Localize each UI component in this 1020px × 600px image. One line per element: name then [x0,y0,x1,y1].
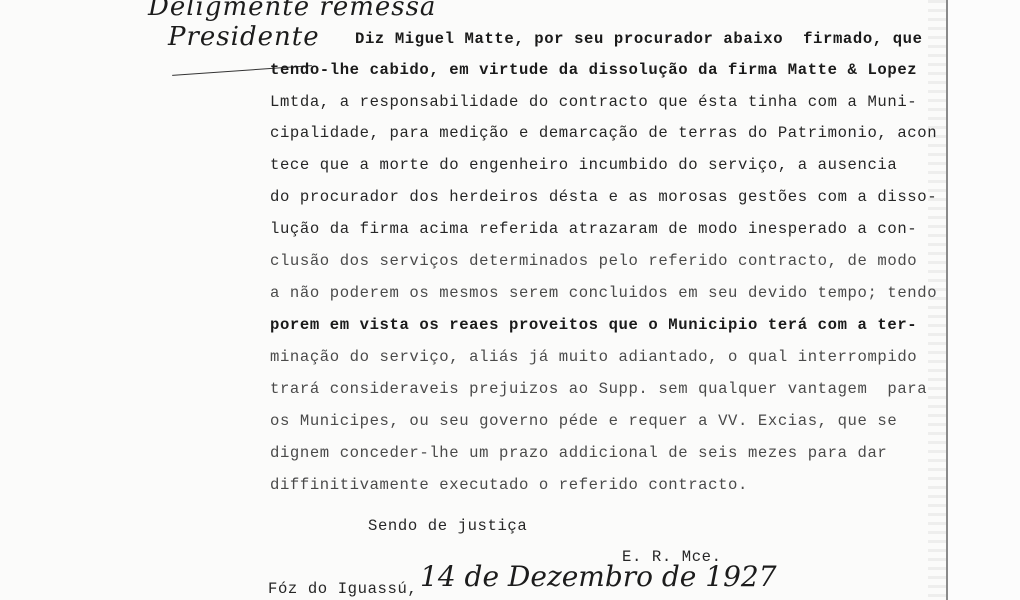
blank-margin [948,0,1020,600]
body-line-8: clusão dos serviços determinados pelo re… [270,252,917,270]
body-line-4: cipalidade, para medição e demarcação de… [270,124,937,142]
body-line-5: tece que a morte do engenheiro incumbido… [270,156,897,174]
body-line-15: diffinitivamente executado o referido co… [270,476,748,494]
handwritten-annotation-line2: Presidente [168,22,320,52]
body-line-12: trará consideraveis prejuizos ao Supp. s… [270,380,927,398]
closing-text: Sendo de justiça [368,517,527,535]
handwritten-annotation-line1: Deligmente remessa [148,0,436,22]
body-line-6: do procurador dos herdeiros désta e as m… [270,188,937,206]
body-line-1: Diz Miguel Matte, por seu procurador aba… [355,30,923,48]
body-line-13: os Municipes, ou seu governo péde e requ… [270,412,897,430]
body-line-14: dignem conceder-lhe um prazo addicional … [270,444,887,462]
body-line-7: lução da firma acima referida atrazaram … [270,220,917,238]
body-line-3: Lmtda, a responsabilidade do contracto q… [270,93,917,111]
body-line-10: porem em vista os reaes proveitos que o … [270,316,917,334]
body-line-9: a não poderem os mesmos serem concluidos… [270,284,937,302]
body-line-11: minação do serviço, aliás já muito adian… [270,348,917,366]
body-line-2: tendo-lhe cabido, em virtude da dissoluç… [270,61,917,79]
handwritten-date: 14 de Dezembro de 1927 [420,560,777,593]
place-text: Fóz do Iguassú, [268,580,417,598]
scanned-document-page: Deligmente remessa Presidente Diz Miguel… [0,0,1020,600]
